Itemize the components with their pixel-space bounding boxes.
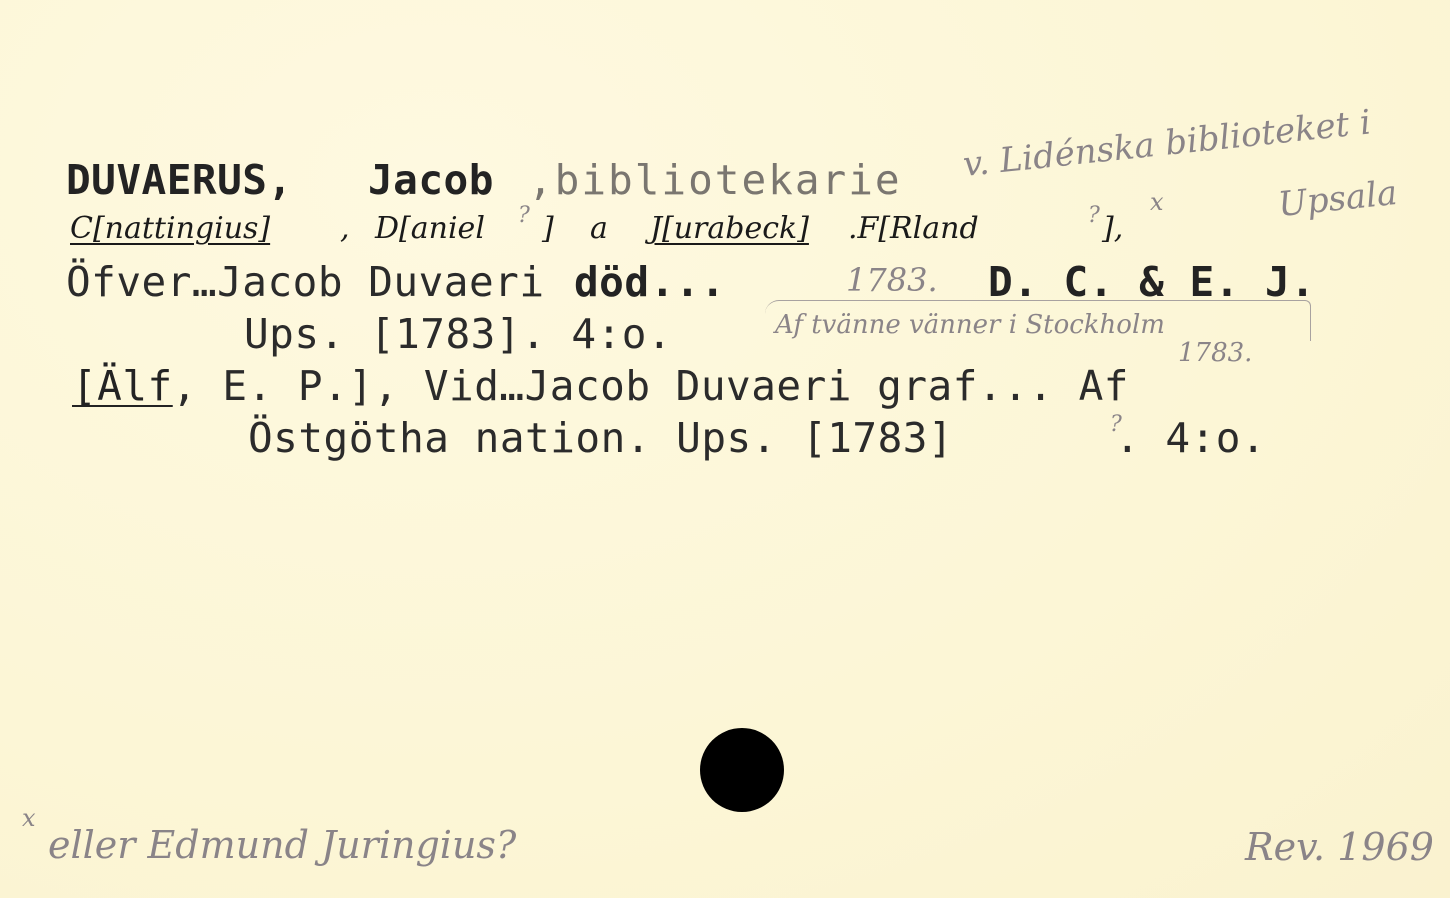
name-separator: , (340, 214, 350, 244)
footnote-mark: x (22, 806, 36, 830)
entry2-line1: , E. P.], Vid…Jacob Duvaeri graf... Af (172, 366, 1129, 407)
punch-hole (700, 728, 784, 812)
heading-location-handwritten: Upsala (1277, 176, 1399, 222)
name-conjunction: a (590, 214, 608, 244)
entry1-bold-word: död (574, 262, 650, 303)
entry2-year-handwritten: 1783. (1178, 340, 1252, 366)
entry2-author: [Älf (72, 366, 173, 407)
entry2-line2: Östgötha nation. Ups. [1783] (248, 418, 953, 459)
entry1-authors: D. C. & E. J. (988, 262, 1315, 303)
name-daniel: D[aniel (375, 214, 485, 244)
name-daniel-close: ] (542, 214, 554, 244)
heading-forename: Jacob (368, 160, 494, 201)
entry1-year-handwritten: 1783. (846, 264, 938, 296)
catalog-card: DUVAERUS, Jacob ,bibliotekarie v. Lidéns… (0, 0, 1450, 898)
revision-note: Rev. 1969 (1245, 828, 1434, 866)
name-cnattingius: C[nattingius] (70, 214, 270, 244)
name-jurabeck: J[urabeck] (650, 214, 809, 244)
entry1-line2: Ups. [1783]. 4:o. (244, 314, 672, 355)
entry1-note-handwritten: Af tvänne vänner i Stockholm (775, 312, 1165, 338)
heading-title-typed: ,bibliotekarie (528, 160, 902, 201)
heading-title-handwritten: v. Lidénska biblioteket i (961, 105, 1372, 182)
name-frland: .F[Rland (848, 214, 979, 244)
footnote-text: eller Edmund Juringius? (48, 826, 516, 864)
name-frland-close: ], (1102, 214, 1123, 244)
name-query-2: ? (1088, 205, 1100, 227)
entry2-line2-end: . 4:o. (1115, 418, 1266, 459)
entry1-ellipsis: ... (650, 262, 726, 303)
name-query-1: ? (518, 205, 530, 227)
footnote-reference-mark: x (1150, 190, 1164, 214)
heading-surname: DUVAERUS, (66, 160, 293, 201)
entry1-line1: Öfver…Jacob Duvaeri (66, 262, 545, 303)
